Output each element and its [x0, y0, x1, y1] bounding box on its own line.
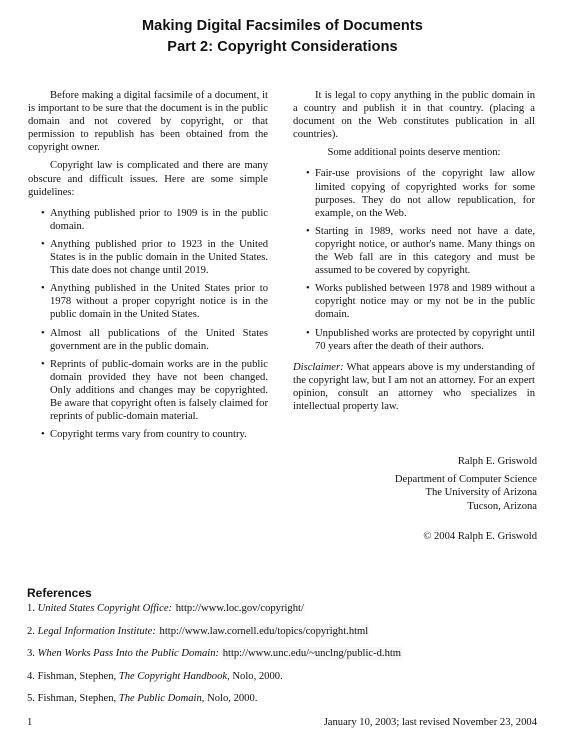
- bullet-icon: •: [306, 167, 315, 180]
- disclaimer-label: Disclaimer:: [293, 362, 344, 373]
- right-column: It is legal to copy anything in the publ…: [293, 89, 535, 418]
- bullet-icon: •: [306, 225, 315, 238]
- page-number: 1: [27, 717, 32, 728]
- bullet-icon: •: [41, 358, 50, 371]
- references-list: 1. United States Copyright Office: http:…: [27, 602, 547, 715]
- author-name: Ralph E. Griswold: [395, 455, 537, 469]
- reference-item: 5. Fishman, Stephen, The Public Domain, …: [27, 692, 547, 715]
- reference-item: 2. Legal Information Institute: http://w…: [27, 625, 547, 648]
- list-item: •Reprints of public-domain works are in …: [28, 358, 268, 423]
- references-heading: References: [27, 586, 92, 600]
- bullet-icon: •: [41, 238, 50, 251]
- author-department: Department of Computer Science: [395, 473, 537, 487]
- list-item: •Works published between 1978 and 1989 w…: [293, 282, 535, 321]
- additional-points-intro: Some additional points deserve mention:: [293, 146, 535, 159]
- list-item: •Anything published in the United States…: [28, 282, 268, 321]
- reference-link[interactable]: http://www.unc.edu/~unclng/public-d.htm: [222, 647, 402, 660]
- reference-item: 3. When Works Pass Into the Public Domai…: [27, 647, 547, 670]
- copyright-notice: © 2004 Ralph E. Griswold: [395, 530, 537, 544]
- reference-item: 4. Fishman, Stephen, The Copyright Handb…: [27, 670, 547, 693]
- list-item: •Starting in 1989, works need not have a…: [293, 225, 535, 277]
- bullet-icon: •: [41, 428, 50, 441]
- additional-points-list: •Fair-use provisions of the copyright la…: [293, 167, 535, 352]
- list-item: •Anything published prior to 1909 is in …: [28, 207, 268, 233]
- list-item: •Anything published prior to 1923 in the…: [28, 238, 268, 277]
- author-university: The University of Arizona: [395, 486, 537, 500]
- author-location: Tucson, Arizona: [395, 500, 537, 514]
- legal-copy-paragraph: It is legal to copy anything in the publ…: [293, 89, 535, 141]
- revision-date: January 10, 2003; last revised November …: [324, 717, 537, 728]
- bullet-icon: •: [306, 327, 315, 340]
- bullet-icon: •: [41, 207, 50, 220]
- disclaimer: Disclaimer: What appears above is my und…: [293, 361, 535, 413]
- intro-paragraph: Before making a digital facsimile of a d…: [28, 89, 268, 154]
- bullet-icon: •: [41, 282, 50, 295]
- bullet-icon: •: [306, 282, 315, 295]
- document-title: Making Digital Facsimiles of Documents: [0, 18, 565, 34]
- reference-item: 1. United States Copyright Office: http:…: [27, 602, 547, 625]
- left-column: Before making a digital facsimile of a d…: [28, 89, 268, 446]
- list-item: •Copyright terms vary from country to co…: [28, 428, 268, 441]
- guidelines-intro: Copyright law is complicated and there a…: [28, 159, 268, 198]
- reference-link[interactable]: http://www.loc.gov/copyright/: [175, 602, 305, 615]
- guidelines-list: •Anything published prior to 1909 is in …: [28, 207, 268, 442]
- bullet-icon: •: [41, 327, 50, 340]
- list-item: •Fair-use provisions of the copyright la…: [293, 167, 535, 219]
- author-signature: Ralph E. Griswold Department of Computer…: [395, 455, 537, 544]
- reference-link[interactable]: http://www.law.cornell.edu/topics/copyri…: [159, 625, 370, 638]
- list-item: •Almost all publications of the United S…: [28, 327, 268, 353]
- document-subtitle: Part 2: Copyright Considerations: [0, 39, 565, 55]
- list-item: •Unpublished works are protected by copy…: [293, 327, 535, 353]
